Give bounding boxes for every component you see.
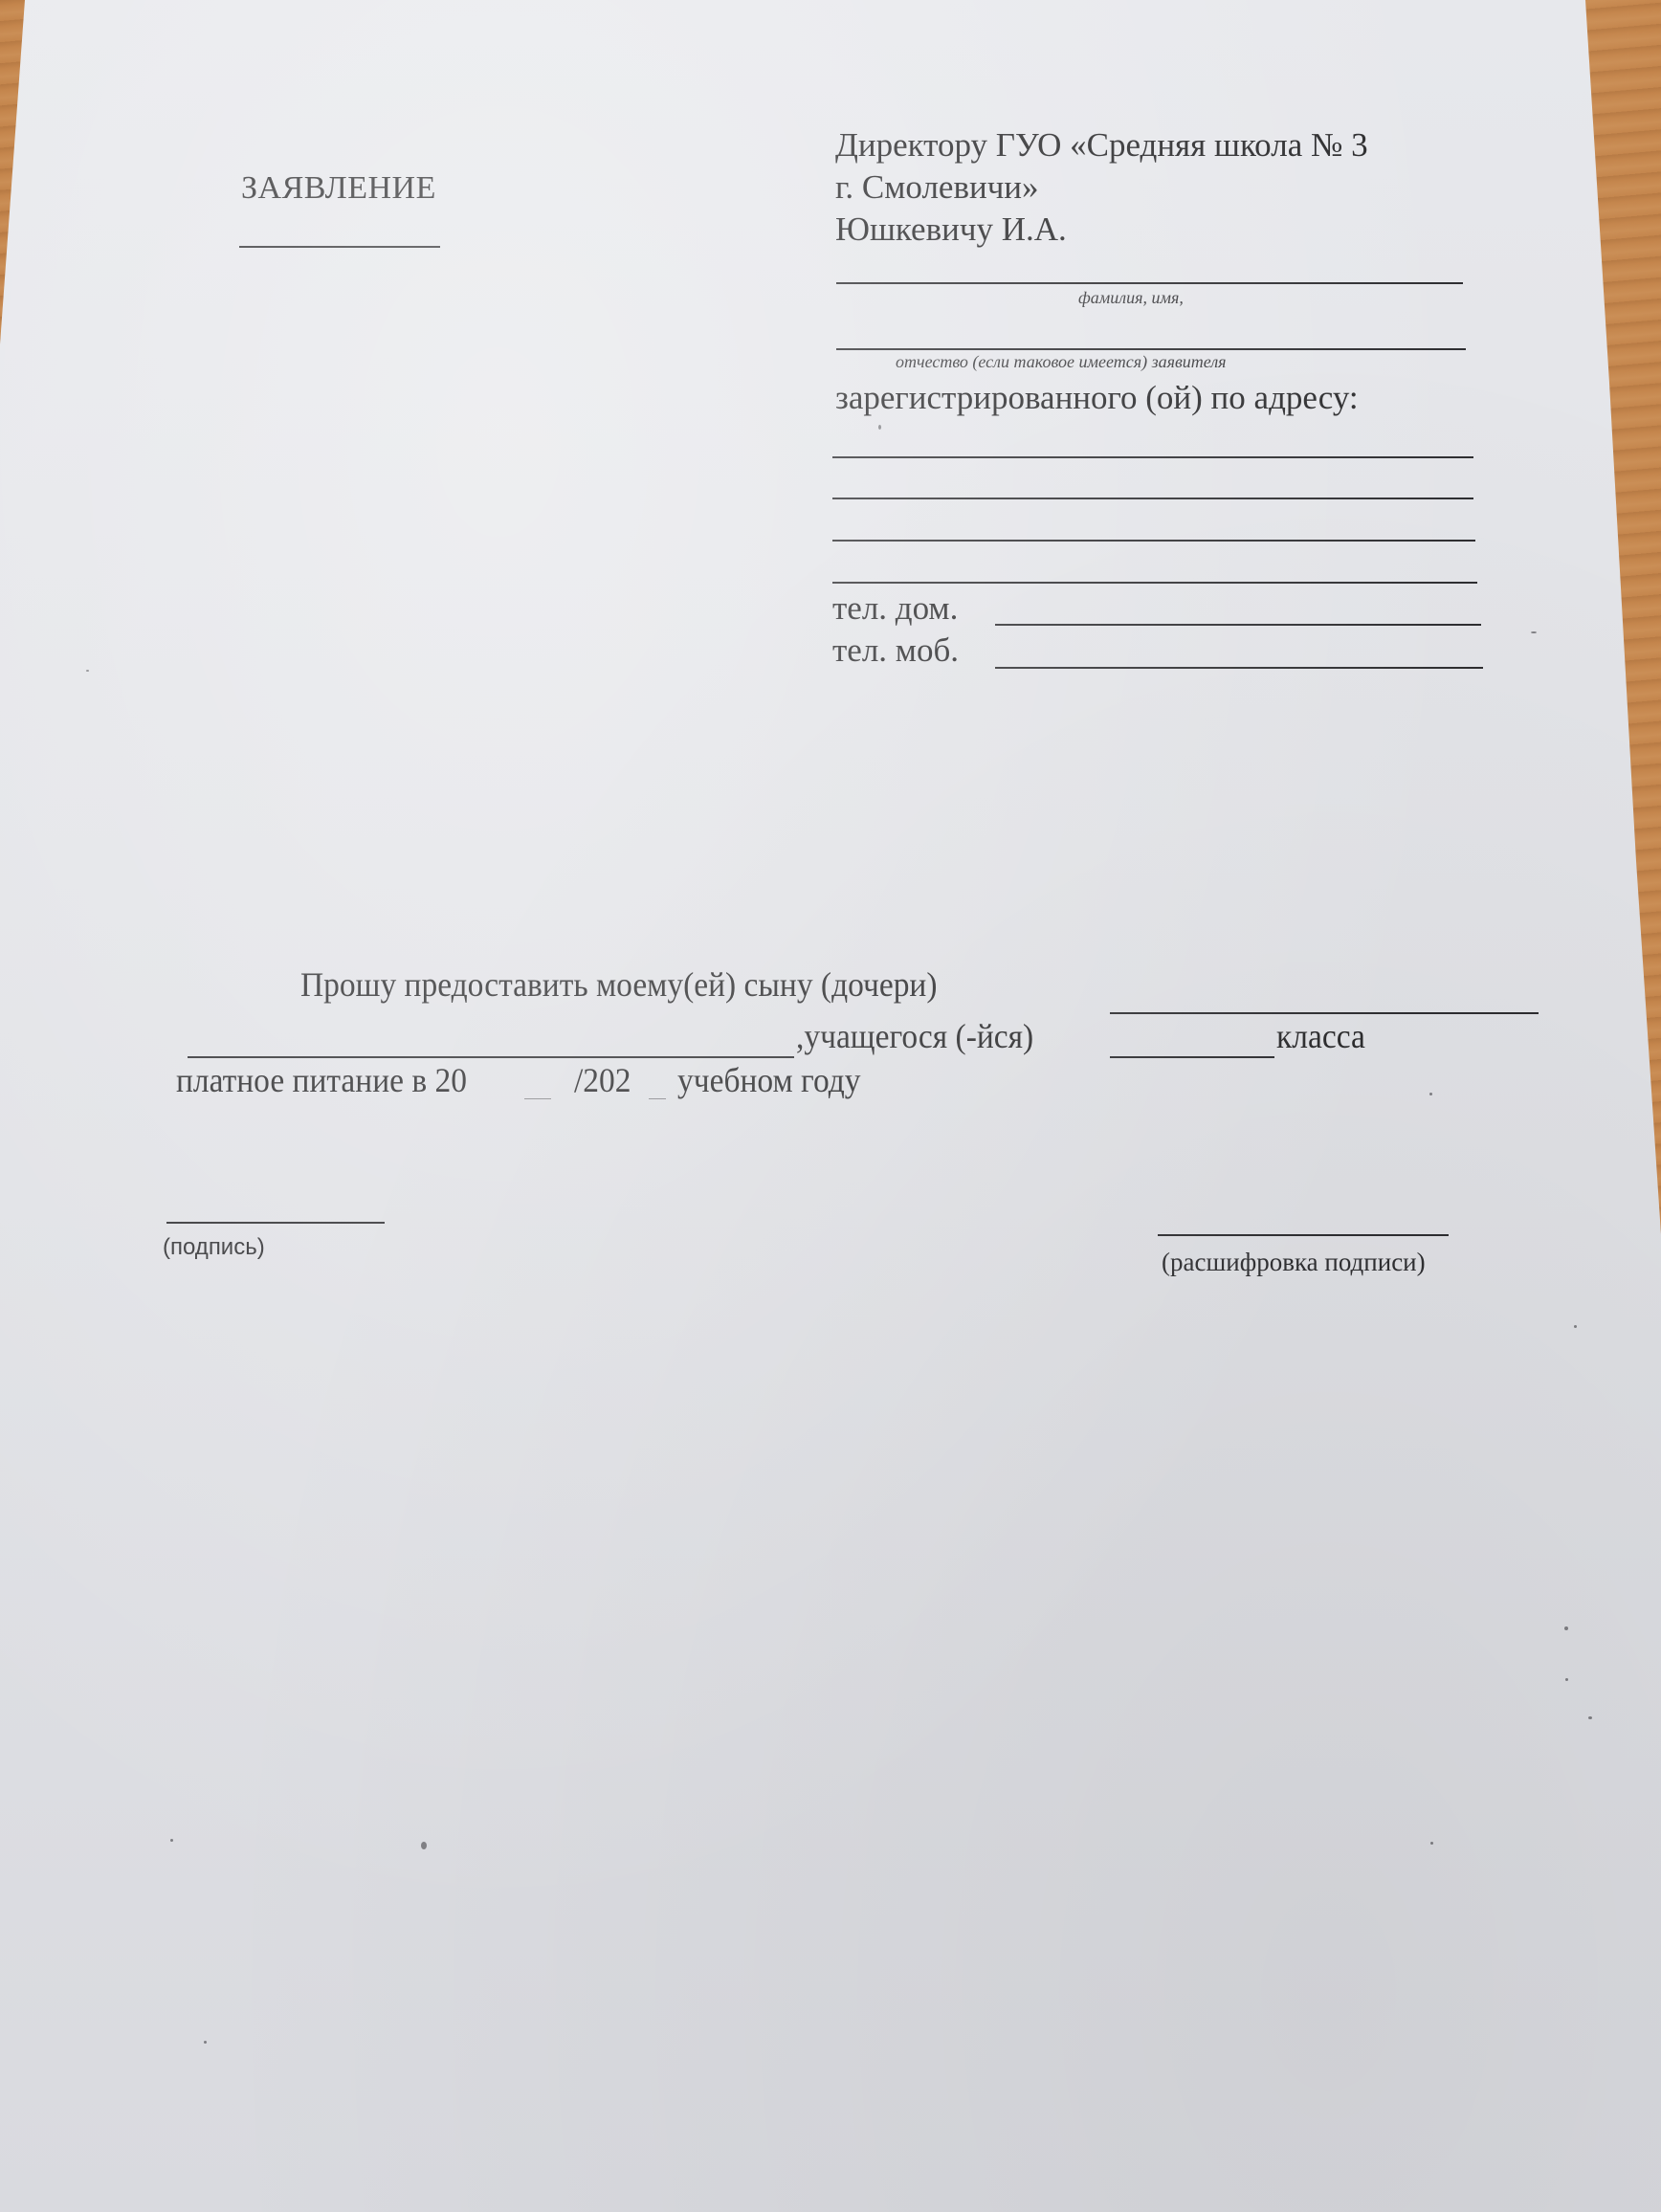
paper-speck [1531,631,1537,633]
school-year-start-field[interactable] [524,1098,551,1099]
applicant-name-field[interactable] [836,282,1463,284]
paper-speck [1564,1626,1568,1630]
paper-speck [1430,1842,1433,1845]
student-label: ,учащегося (-йся) [796,1016,1033,1056]
paper-speck [170,1839,173,1842]
paper-speck [86,670,89,672]
paper-speck [204,2041,207,2044]
addressee-line-2: г. Смолевичи» [835,166,1039,209]
address-field-line-1[interactable] [832,456,1473,458]
addressee-line-3: Юшкевичу И.А. [835,209,1067,251]
applicant-patronymic-caption: отчество (если таковое имеется) заявител… [896,352,1227,372]
signature-caption: (подпись) [163,1234,265,1261]
applicant-name-caption: фамилия, имя, [1078,288,1184,308]
address-field-line-3[interactable] [832,540,1475,542]
paper-speck [1574,1325,1577,1328]
signature-decryption-caption: (расшифровка подписи) [1162,1248,1426,1277]
request-line-1: Прошу предоставить моему(ей) сыну (дочер… [300,964,938,1005]
phone-home-label: тел. дом. [832,589,958,628]
address-label: зарегистрированного (ой) по адресу: [835,379,1359,417]
signature-decryption-field[interactable] [1158,1234,1449,1236]
school-year-suffix: учебном году [677,1060,861,1100]
child-name-field[interactable] [1110,1012,1539,1014]
addressee-line-1: Директору ГУО «Средняя школа № 3 [835,124,1368,166]
paper-speck [1588,1716,1592,1719]
class-label: класса [1276,1016,1365,1056]
child-name-field-continued[interactable] [188,1056,794,1058]
phone-mobile-label: тел. моб. [832,631,959,670]
signature-field[interactable] [166,1222,385,1224]
phone-mobile-field[interactable] [995,667,1483,669]
applicant-patronymic-field[interactable] [836,348,1466,350]
paper-speck [421,1842,427,1849]
document-title: ЗАЯВЛЕНИЕ [241,170,436,207]
address-field-line-4[interactable] [832,582,1477,584]
paper-sheet: ЗАЯВЛЕНИЕ Директору ГУО «Средняя школа №… [0,0,1661,2212]
title-underline [239,246,440,248]
address-field-line-2[interactable] [832,498,1473,499]
phone-home-field[interactable] [995,624,1481,626]
class-field[interactable] [1110,1056,1274,1058]
paper-speck [1565,1678,1568,1681]
school-year-mid: /202 [574,1060,631,1100]
paper-speck [878,425,881,430]
school-year-prefix: платное питание в 20 [176,1060,467,1100]
school-year-end-field[interactable] [649,1098,666,1099]
paper-speck [1429,1093,1432,1095]
